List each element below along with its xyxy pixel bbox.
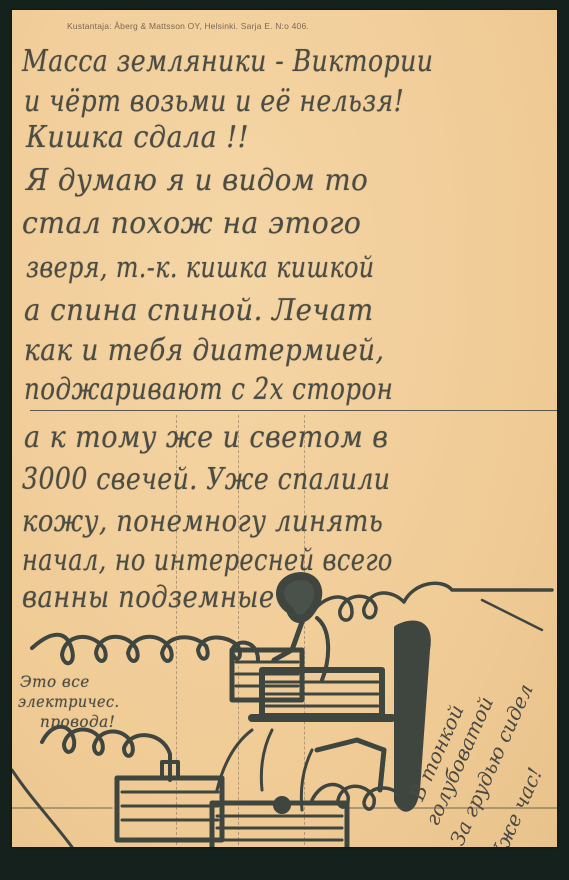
sketch-caption-left-2: электричес. <box>18 692 120 711</box>
sketch-caption-left-1: Это все <box>20 672 90 691</box>
sketch-caption-left-3: провода! <box>40 712 115 731</box>
postcard: Kustantaja: Åberg & Mattsson OY, Helsink… <box>12 10 557 847</box>
